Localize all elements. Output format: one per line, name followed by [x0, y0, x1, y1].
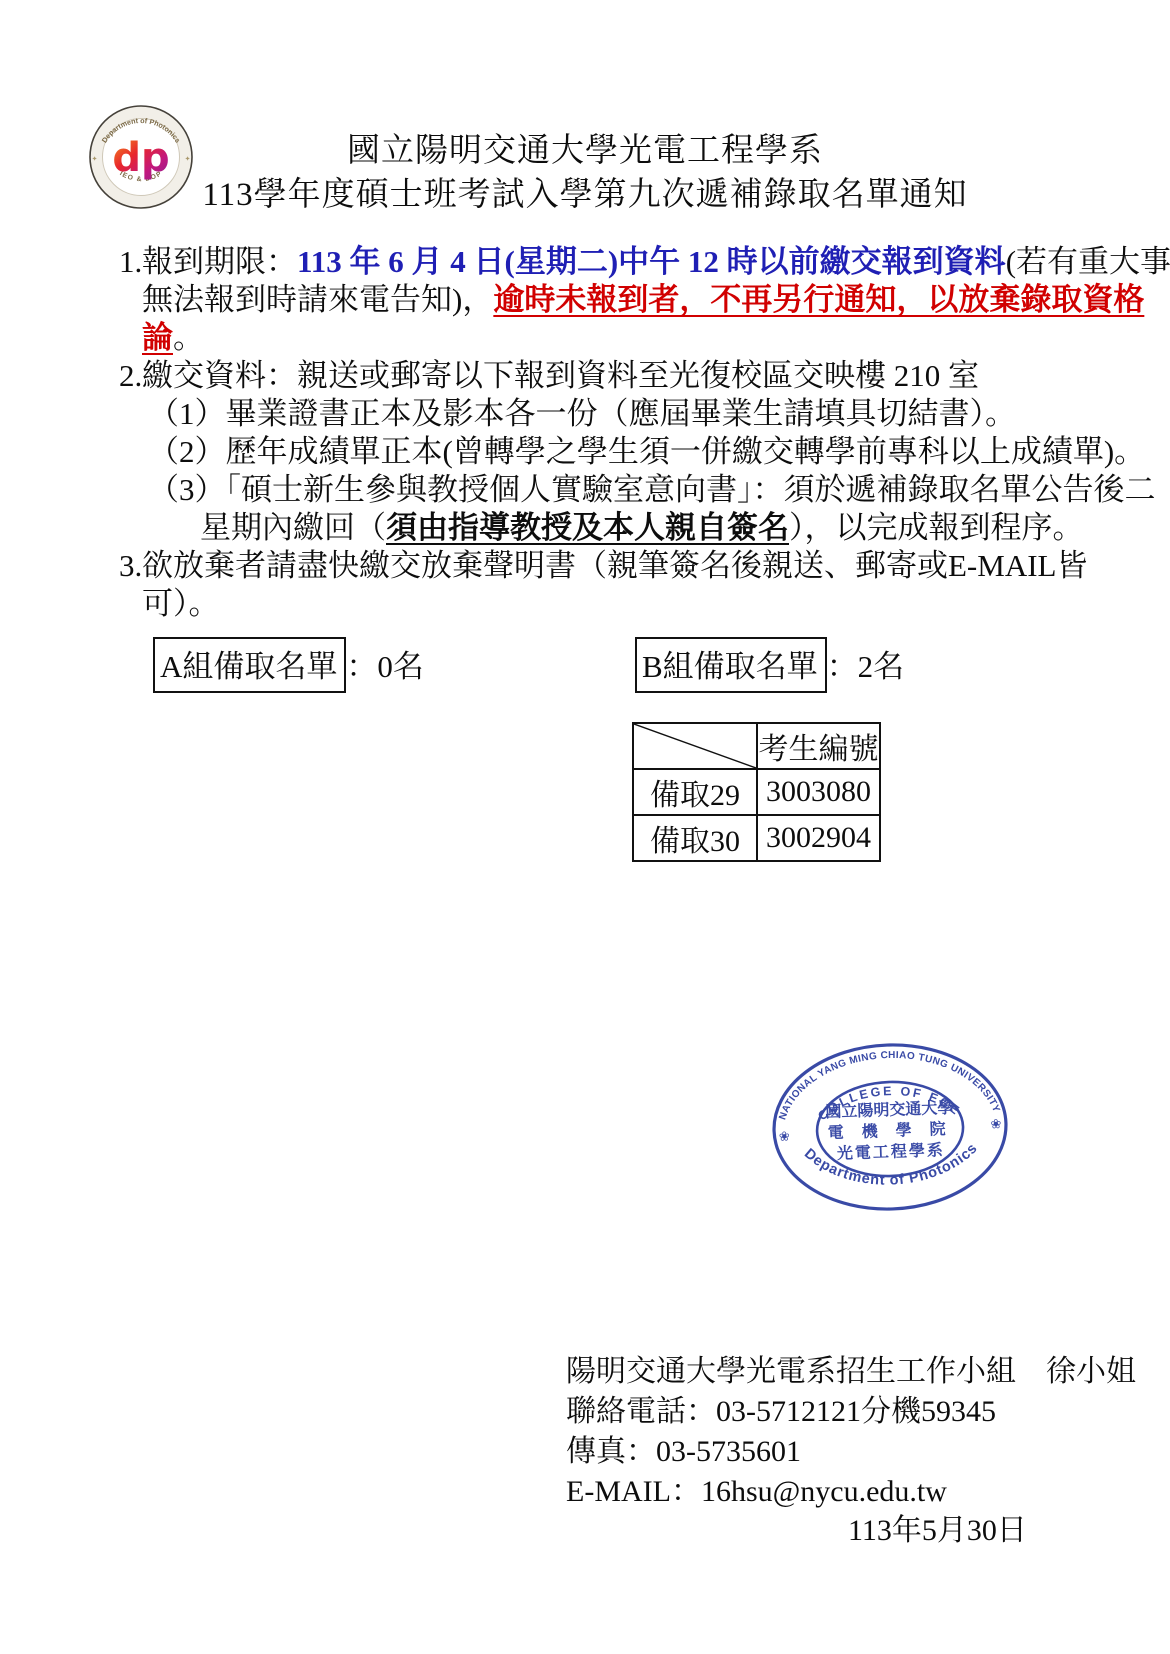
contact-phone-line: 聯絡電話：03-5712121分機59345: [566, 1392, 1136, 1432]
table-header-examinee-no: 考生編號: [757, 723, 880, 769]
group-b: B組備取名單：2名: [635, 637, 904, 693]
table-corner-cell: [633, 723, 757, 769]
document-page: { "doc": { "title1": "國立陽明交通大學光電工程學系", "…: [0, 0, 1170, 1654]
examinee-number-cell: 3002904: [757, 815, 880, 861]
notice-list: 1.報到期限：113 年 6 月 4 日(星期二)中午 12 時以前繳交報到資料…: [119, 243, 1099, 623]
item2-head: 繳交資料：親送或郵寄以下報到資料至光復校區交映樓 210 室: [142, 358, 979, 393]
group-a-label-box: A組備取名單: [153, 637, 346, 693]
group-a: A組備取名單：0名: [153, 637, 424, 693]
group-a-count: ：0名: [346, 649, 424, 684]
doc-date: 113年5月30日: [848, 1505, 1027, 1549]
stamp-inner-line2: 電 機 學 院: [827, 1119, 953, 1142]
item2-sub2: （2）歷年成績單正本(曾轉學之學生須一併繳交轉學前專科以上成績單)。: [119, 433, 1099, 471]
diagonal-line: [634, 724, 756, 768]
item3-number: 3.: [119, 547, 142, 585]
item3-text-cont: 可）。: [119, 585, 1099, 623]
table-row: 備取30 3002904: [633, 815, 880, 861]
contact-team-line: 陽明交通大學光電系招生工作小組 徐小姐: [566, 1352, 1136, 1392]
waitlist-table: 考生編號 備取29 3003080 備取30 3002904: [632, 722, 881, 862]
examinee-number-cell: 3003080: [757, 769, 880, 815]
doc-title-line1: 國立陽明交通大學光電工程學系: [0, 124, 1170, 171]
item1-paren-start: (若有重大事故: [1006, 244, 1170, 279]
stamp-inner-line3: 光電工程學系: [837, 1140, 946, 1163]
notice-item-3: 3.欲放棄者請盡快繳交放棄聲明書（親筆簽名後親送、郵寄或E-MAIL皆 可）。: [119, 547, 1099, 623]
item1-number: 1.: [119, 243, 142, 281]
signature-requirement: 須由指導教授及本人親自簽名: [386, 510, 789, 545]
item2-sub3-pre: 星期內繳回（: [200, 510, 386, 545]
item2-sub3-post: ），以完成報到程序。: [789, 510, 1084, 545]
doc-title-line2: 113學年度碩士班考試入學第九次遞補錄取名單通知: [0, 168, 1170, 215]
group-b-count: ：2名: [827, 649, 905, 684]
notice-item-1: 1.報到期限：113 年 6 月 4 日(星期二)中午 12 時以前繳交報到資料…: [119, 243, 1099, 357]
table-header-row: 考生編號: [633, 723, 880, 769]
contact-block: 陽明交通大學光電系招生工作小組 徐小姐 聯絡電話：03-5712121分機593…: [566, 1352, 1136, 1512]
waitlist-rank-cell: 備取29: [633, 769, 757, 815]
item1-paren-end: 無法報到時請來電告知)，: [142, 282, 493, 317]
deadline-highlight: 113 年 6 月 4 日(星期二)中午 12 時以前繳交報到資料: [297, 244, 1006, 279]
table-row: 備取29 3003080: [633, 769, 880, 815]
item1-label: 報到期限：: [142, 244, 297, 279]
item2-number: 2.: [119, 357, 142, 395]
overdue-warning-cont: 論: [142, 320, 173, 355]
stamp-flower-left-icon: ❀: [779, 1129, 791, 1144]
item2-sub3-line1: （3）「碩士新生參與教授個人實驗室意向書」：須於遞補錄取名單公告後二: [119, 471, 1099, 509]
overdue-warning: 逾時未報到者，不再另行通知，以放棄錄取資格: [493, 282, 1144, 317]
item3-text: 欲放棄者請盡快繳交放棄聲明書（親筆簽名後親送、郵寄或E-MAIL皆: [142, 548, 1087, 583]
waitlist-rank-cell: 備取30: [633, 815, 757, 861]
contact-fax-line: 傳真：03-5735601: [566, 1432, 1136, 1472]
group-b-label-box: B組備取名單: [635, 637, 827, 693]
stamp-graphic: NATIONAL YANG MING CHIAO TUNG UNIVERSITY…: [765, 1036, 1015, 1218]
item1-period: 。: [173, 320, 204, 355]
department-stamp: NATIONAL YANG MING CHIAO TUNG UNIVERSITY…: [765, 1036, 1015, 1218]
stamp-flower-right-icon: ❀: [990, 1116, 1002, 1131]
item2-sub1: （1）畢業證書正本及影本各一份（應屆畢業生請填具切結書）。: [119, 395, 1099, 433]
notice-item-2: 2.繳交資料：親送或郵寄以下報到資料至光復校區交映樓 210 室 （1）畢業證書…: [119, 357, 1099, 547]
